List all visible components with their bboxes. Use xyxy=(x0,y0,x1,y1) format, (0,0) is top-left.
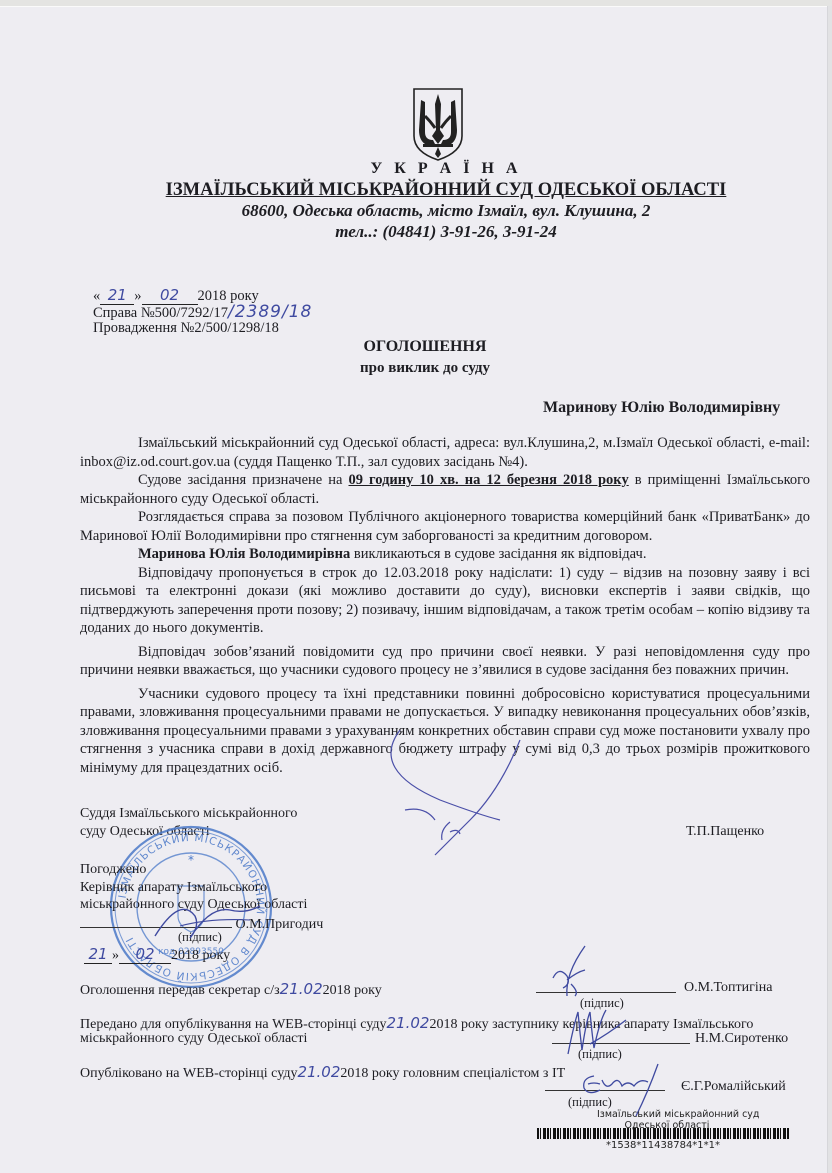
paragraph-court-info: Ізмаїльський міськрайонний суд Одеської … xyxy=(80,434,810,471)
country-heading: У К Р А Ї Н А xyxy=(30,160,832,178)
court-phone: тел..: (04841) 3-91-26, 3-91-24 xyxy=(30,222,832,242)
case-number-printed: Справа №500/7292/17 xyxy=(93,305,228,321)
tryzub-coat-of-arms-icon xyxy=(411,86,465,162)
head-date-year: 2018 року xyxy=(171,948,230,963)
published-after: 2018 року головним спеціалістом з ІТ xyxy=(340,1066,565,1081)
head-signature-line xyxy=(80,913,232,928)
secretary-text: Оголошення передав секретар с/з xyxy=(80,983,280,998)
proceeding-number: Провадження №2/500/1298/18 xyxy=(93,320,279,337)
notice-title: ОГОЛОШЕННЯ xyxy=(9,338,832,356)
scan-top-edge xyxy=(0,0,832,7)
published-row: Опубліковано на WEB-сторінці суду21.0220… xyxy=(80,1063,565,1082)
web-transfer-line2: міськрайонного суду Одеської області xyxy=(80,1031,307,1047)
head-date-sep: » xyxy=(112,948,119,963)
secretary-signature-caption: (підпис) xyxy=(580,996,624,1011)
deputy-name: Н.М.Сиротенко xyxy=(695,1031,788,1047)
paragraph-procedural-rights: Учасники судового процесу та їхні предст… xyxy=(80,685,810,778)
paragraph-summons: Маринова Юлія Володимирівна викликаються… xyxy=(80,545,810,564)
secretary-signature-line xyxy=(536,978,676,993)
secretary-date-handwritten: 21.02 xyxy=(280,980,323,998)
head-date-month-handwritten: 02 xyxy=(119,945,171,964)
deputy-signature-line xyxy=(552,1029,690,1044)
case-number-handwritten: /2389/18 xyxy=(228,302,312,322)
published-date-handwritten: 21.02 xyxy=(297,1063,340,1081)
head-date: 21»022018 року xyxy=(84,945,230,964)
judge-title-line1: Суддя Ізмаїльського міськрайонного xyxy=(80,806,297,822)
paragraph-absence-notice: Відповідач зобов’язаний повідомити суд п… xyxy=(80,643,810,680)
head-name: О.М.Пригодич xyxy=(236,917,324,932)
court-address: 68600, Одеська область, місто Ізмаїл, ву… xyxy=(30,201,832,221)
notice-body: Ізмаїльський міськрайонний суд Одеської … xyxy=(80,434,810,777)
barcode-org-line1: Ізмаїльський міськрайонний суд xyxy=(597,1109,737,1120)
head-title-line1: Керівник апарату Ізмаїльського xyxy=(80,880,267,896)
paragraph-response-deadline: Відповідачу пропонується в строк до 12.0… xyxy=(80,564,810,638)
summons-text: викликаються в судове засідання як відпо… xyxy=(350,546,646,562)
svg-text:*: * xyxy=(188,853,194,867)
secretary-transfer: Оголошення передав секретар с/з21.022018… xyxy=(80,980,382,999)
defendant-name: Маринова Юлія Володимирівна xyxy=(138,546,350,562)
document-barcode xyxy=(537,1128,789,1139)
head-title-line2: міськрайонного суду Одеської області xyxy=(80,897,307,913)
paragraph-case-subject: Розглядається справа за позовом Публічно… xyxy=(80,508,810,545)
approved-label: Погоджено xyxy=(80,862,146,878)
judge-name: Т.П.Пащенко xyxy=(686,824,764,840)
head-signature-caption: (підпис) xyxy=(178,930,222,945)
deputy-signature-caption: (підпис) xyxy=(578,1047,622,1062)
web-transfer-date-handwritten: 21.02 xyxy=(387,1014,430,1032)
it-specialist-name: Є.Г.Ромалійський xyxy=(681,1079,786,1095)
web-transfer-text: Передано для опублікування на WEB-сторін… xyxy=(80,1017,387,1032)
it-signature-line xyxy=(545,1076,665,1091)
court-name-heading: ІЗМАЇЛЬСЬКИЙ МІСЬКРАЙОННИЙ СУД ОДЕСЬКОЇ … xyxy=(30,180,832,201)
it-signature-caption: (підпис) xyxy=(568,1095,612,1110)
addressee-name: Маринову Юлію Володимирівну xyxy=(543,399,780,417)
secretary-date-year: 2018 року xyxy=(323,983,382,998)
notice-subtitle: про виклик до суду xyxy=(9,360,832,377)
paragraph-hearing-time: Судове засідання призначене на 09 годину… xyxy=(80,471,810,508)
barcode-value: *1538*11438784*1*1* xyxy=(537,1140,789,1151)
secretary-name: О.М.Топтигіна xyxy=(684,980,773,996)
hearing-datetime: 09 годину 10 хв. на 12 березня 2018 року xyxy=(349,472,629,488)
hearing-text-before: Судове засідання призначене на xyxy=(138,472,349,488)
case-number: Справа №500/7292/17/2389/18 xyxy=(93,302,312,322)
published-text: Опубліковано на WEB-сторінці суду xyxy=(80,1066,297,1081)
head-date-day-handwritten: 21 xyxy=(84,945,112,964)
